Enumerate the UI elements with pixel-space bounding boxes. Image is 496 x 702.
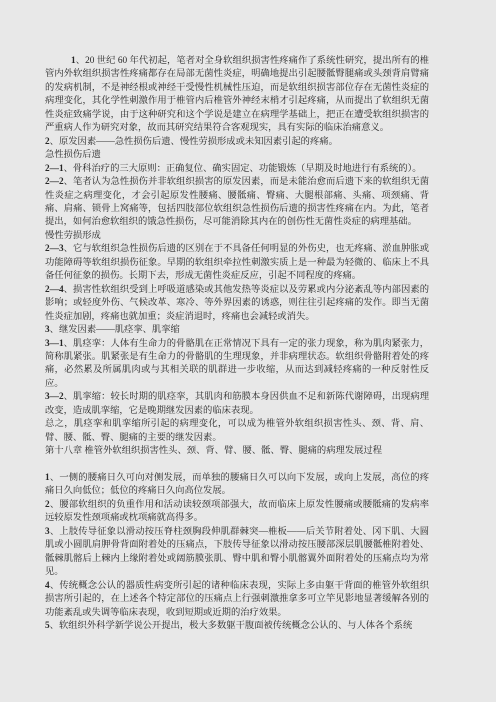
- paragraph: 3、继发因素——肌痉挛、肌挛缩: [45, 324, 429, 337]
- screenshot-root: { "page": { "background_color": "#e8e8e8…: [0, 0, 496, 702]
- paragraph-number: 1: [71, 56, 76, 66]
- paragraph: 2—4、损害性软组织受到上呼吸道感染或其他发热等炎症以及劳累或内分泌紊乱等内部因…: [45, 284, 429, 324]
- paragraph-number: 2—2: [45, 177, 64, 187]
- paragraph: 慢性劳损形成: [45, 230, 429, 243]
- paragraph: 急性损伤后遗: [45, 149, 429, 162]
- paragraph: 第十八章 椎管外软组织损害性头、颈、背、臂、腰、骶、臀、腿痛的病理发展过程: [45, 445, 429, 458]
- paragraph-number: 2: [45, 137, 50, 147]
- paragraph-number: 2: [45, 500, 50, 510]
- blank-line: [45, 459, 429, 472]
- paragraph-number: 2—1: [45, 164, 64, 174]
- document-text-block: 1、20 世纪 60 年代初起，笔者对全身软组织损害性疼痛作了系统性研究，提出所…: [45, 55, 429, 633]
- paragraph: 2—3、它与软组织急性损伤后遗的区别在于不具备任何明显的外伤史，也无疼痛、淤血肿…: [45, 243, 429, 283]
- paragraph: 3—1、肌痉挛：人体有生命力的骨骼肌在正常情况下具有一定的张力现象，称为肌肉紧张…: [45, 338, 429, 392]
- paragraph: 2、原发因素——急性损伤后遗、慢性劳损形成或未知因素引起的疼痛。: [45, 136, 429, 149]
- document-page: 1、20 世纪 60 年代初起，笔者对全身软组织损害性疼痛作了系统性研究，提出所…: [0, 0, 496, 702]
- paragraph: 2、腰部软组织的负重作用和活动读较颈项部强大，故而临床上原发性腰痛或腰骶痛的发病…: [45, 499, 429, 526]
- paragraph-number: 3: [45, 325, 50, 335]
- paragraph: 总之，肌痉挛和肌挛缩所引起的病理变化，可以成为椎管外软组织损害性头、颈、背、肩、…: [45, 418, 429, 445]
- paragraph-number: 2—4: [45, 285, 64, 295]
- paragraph: 4、传统概念公认的器质性病变所引起的诸种临床表现，实际上多由躯干背面的椎管外软组…: [45, 580, 429, 620]
- paragraph-number: 4: [45, 581, 50, 591]
- paragraph-number: 5: [45, 621, 50, 631]
- paragraph-number: 1: [45, 473, 50, 483]
- paragraph: 3—2、肌挛缩：较长时期的肌痉挛，其肌肉和筋膜本身因供血不足和新陈代谢障碍，出现…: [45, 391, 429, 418]
- paragraph-number: 2—3: [45, 244, 64, 254]
- paragraph: 5、软组织外科学新学说公开提出，极大多数躯干腹面被传统概念公认的、与人体各个系统: [45, 620, 429, 633]
- paragraph: 2—2、笔者认为急性损伤并非软组织损害的原发因素，而是未能治愈而后遗下来的软组织…: [45, 176, 429, 230]
- paragraph-number: 3: [45, 527, 50, 537]
- paragraph: 2—1、骨科治疗的三大原则：正确复位、确实固定、功能锻炼（早期及时地进行有系统的…: [45, 163, 429, 176]
- paragraph: 3、上肢传导征象以滑动按压脊柱颈胸段伸肌群棘突—椎板——后关节附着处、冈下肌、大…: [45, 526, 429, 580]
- paragraph: 1、20 世纪 60 年代初起，笔者对全身软组织损害性疼痛作了系统性研究，提出所…: [45, 55, 429, 136]
- paragraph: 1、一侧的腰痛日久可向对侧发展，而单独的腰痛日久可以向下发展，或向上发展，高位的…: [45, 472, 429, 499]
- paragraph-number: 3—2: [45, 392, 64, 402]
- paragraph-number: 3—1: [45, 339, 64, 349]
